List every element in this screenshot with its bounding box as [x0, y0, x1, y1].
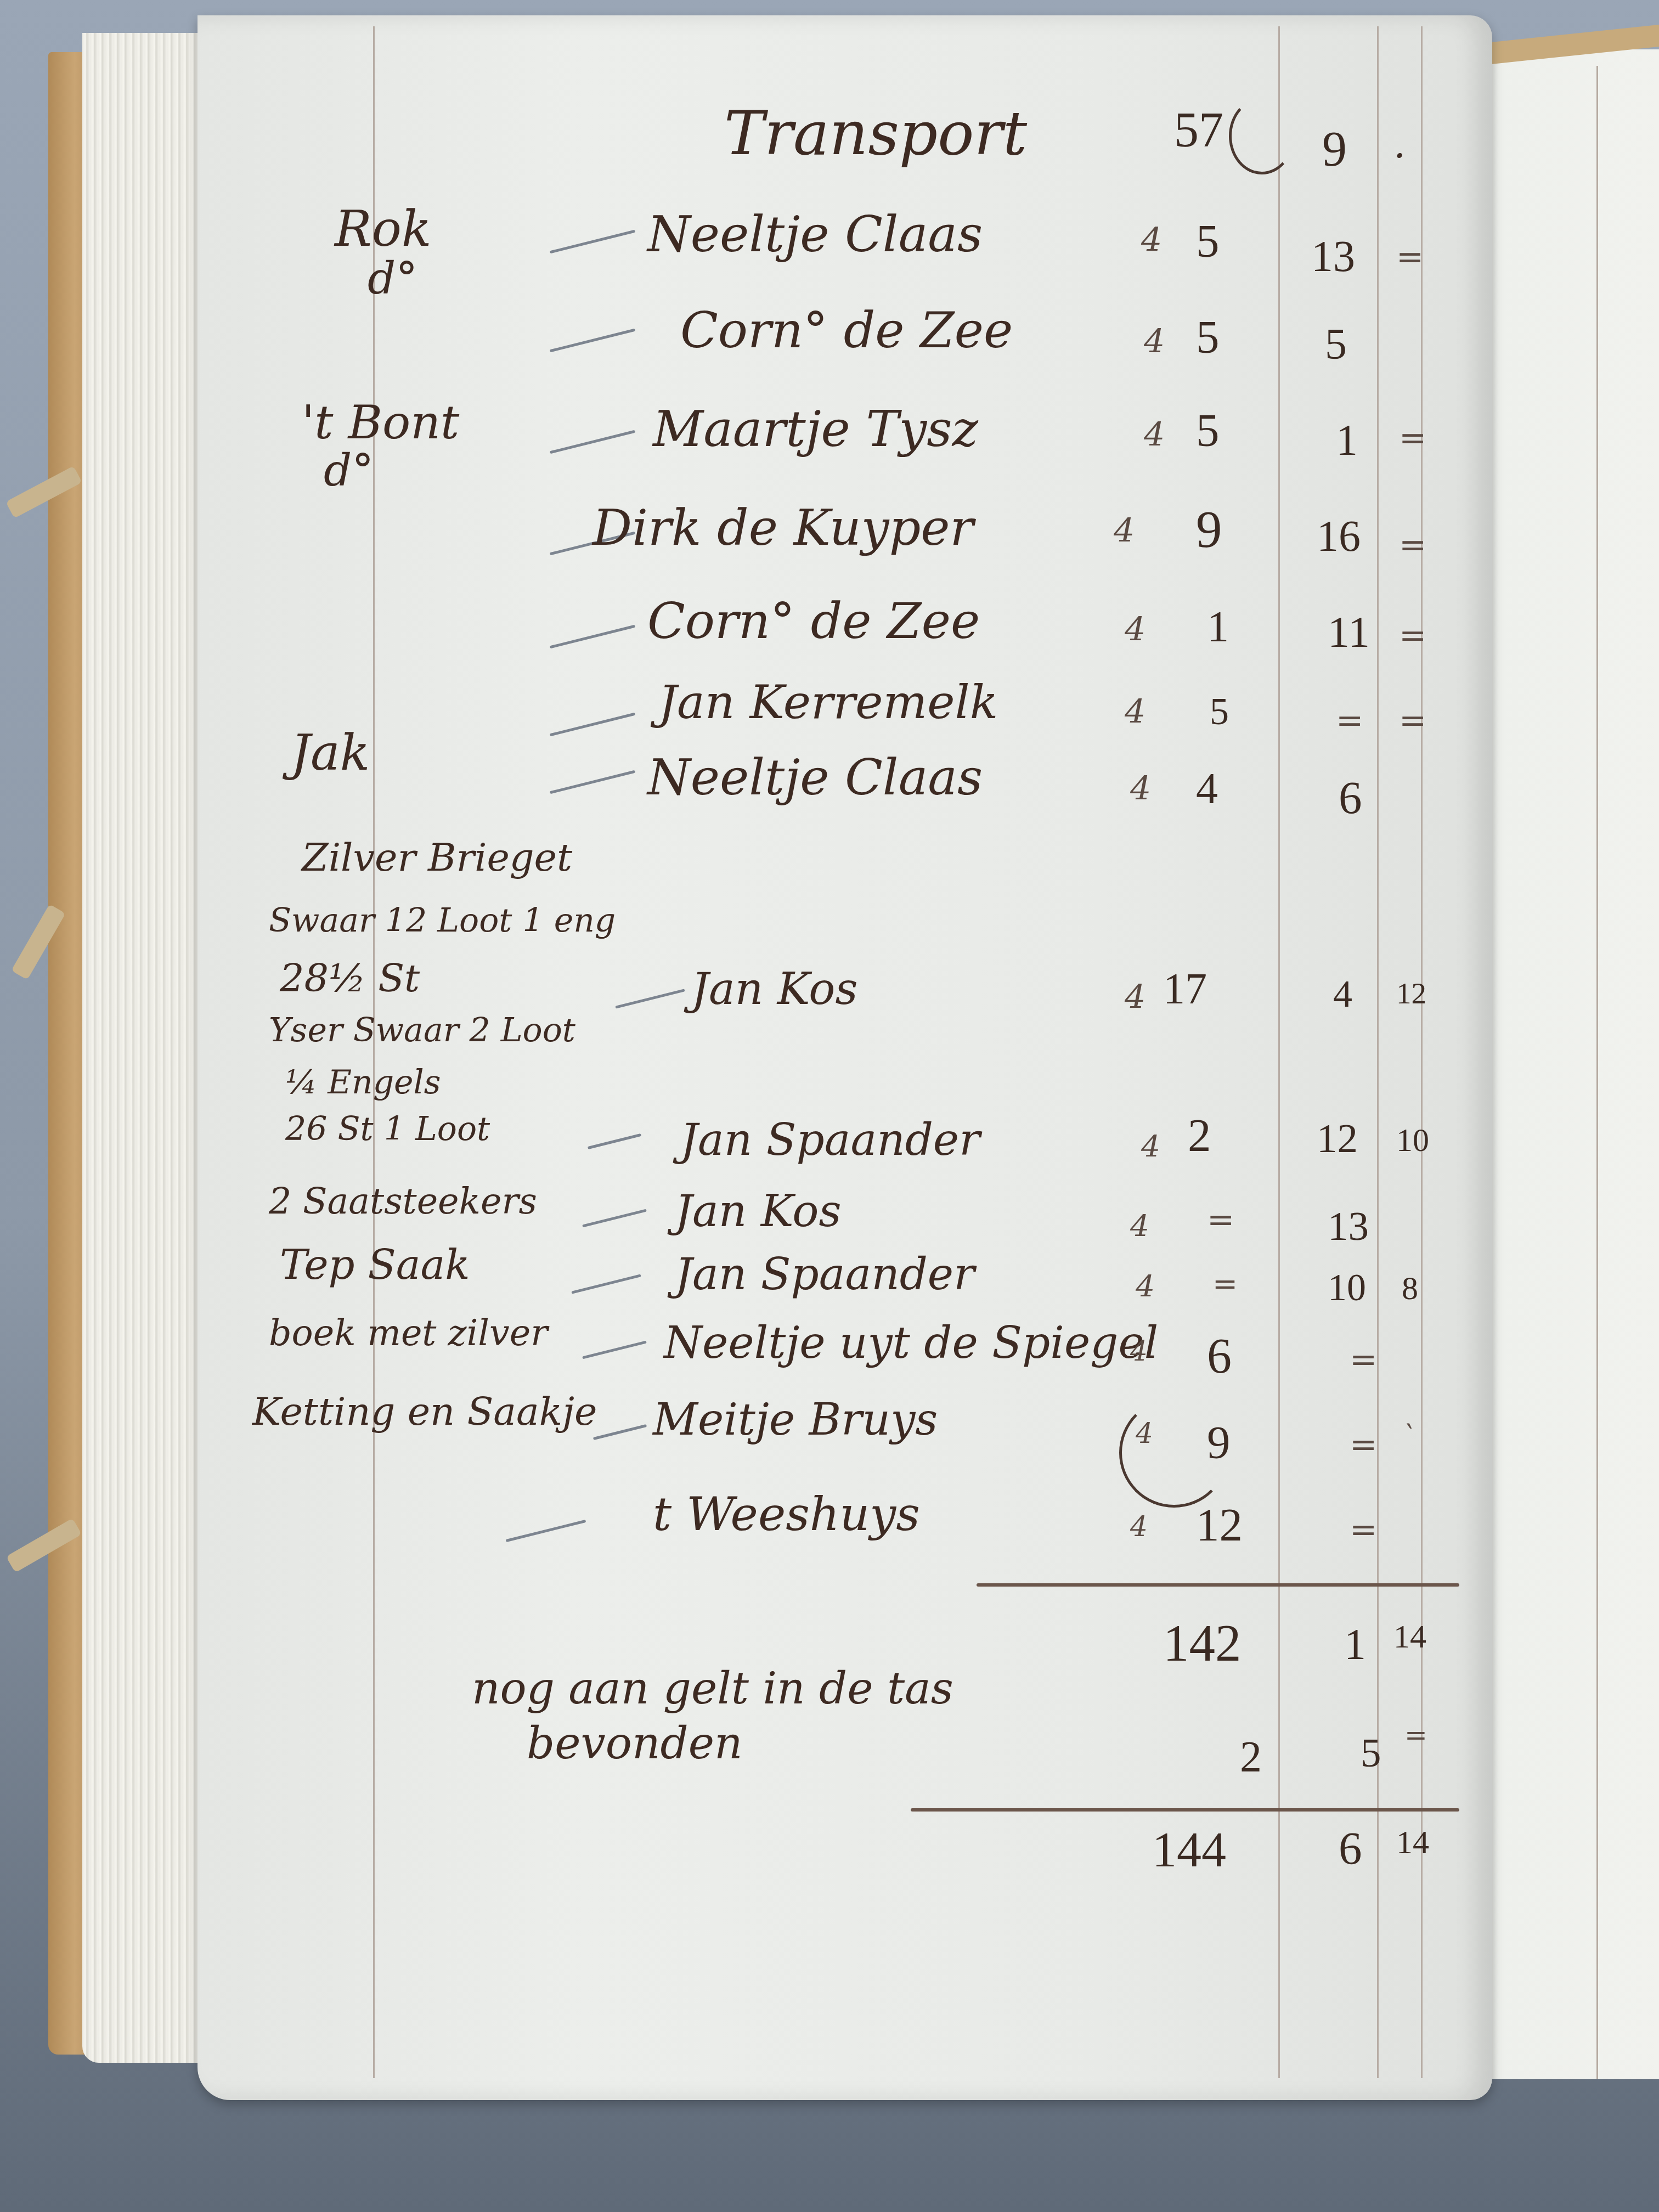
mark-cell: 4: [1136, 1272, 1155, 1302]
guilders-cell: =: [1212, 1269, 1238, 1299]
mark-cell: 4: [1125, 696, 1145, 729]
ledger-page: Transport 57 9 . Rok Neeltje Claas 4 5 1…: [198, 15, 1492, 2100]
ruling-line: [1596, 66, 1598, 2079]
pencil-tick: [615, 989, 685, 1008]
item-label: 't Bont: [302, 399, 459, 446]
mark-cell: 4: [1114, 515, 1135, 548]
penningen-cell: =: [1399, 619, 1426, 652]
item-desc-line: Ketting en Saakje: [252, 1392, 597, 1431]
guilders-cell: 17: [1163, 967, 1207, 1011]
mark-cell: 4: [1130, 1211, 1149, 1242]
subtotal-penningen: 14: [1393, 1620, 1426, 1653]
guilders-cell: 4: [1196, 767, 1218, 811]
item-desc-line: Zilver Brieget: [302, 838, 572, 877]
penningen-cell: 10: [1396, 1124, 1429, 1156]
mark-cell: 4: [1141, 224, 1162, 257]
name-cell: Jan Kos: [675, 1189, 842, 1233]
total-penningen: 14: [1396, 1826, 1429, 1859]
pencil-tick: [550, 625, 635, 649]
item-desc-line: ¼ Engels: [285, 1066, 441, 1099]
carried-guilders: 57: [1174, 106, 1223, 155]
name-cell: Neeltje uyt de Spiegel: [664, 1321, 1158, 1365]
subtotal-guilders: 142: [1163, 1617, 1242, 1669]
stuivers-cell: 12: [1317, 1118, 1358, 1159]
name-cell: Meitje Bruys: [653, 1398, 938, 1442]
item-desc-line: 2 Saatsteekers: [269, 1184, 537, 1220]
carried-penningen: .: [1393, 125, 1406, 163]
pencil-tick: [550, 770, 635, 794]
item-desc-line: 26 St 1 Loot: [285, 1113, 490, 1145]
stuivers-cell: 4: [1333, 975, 1352, 1014]
name-cell: Corn° de Zee: [680, 306, 1013, 356]
facing-page: [1476, 49, 1659, 2079]
pencil-tick: [550, 713, 635, 737]
stuivers-cell: 1: [1336, 419, 1358, 462]
penningen-cell: =: [1399, 704, 1426, 737]
column-rule-guilders: [1278, 26, 1280, 2078]
header-label: Transport: [724, 103, 1027, 163]
flourish-mark: [1229, 98, 1295, 174]
stuivers-cell: =: [1350, 1513, 1377, 1546]
found-penningen: =: [1404, 1722, 1427, 1749]
found-stuivers: 5: [1361, 1733, 1381, 1774]
guilders-cell: 1: [1207, 605, 1229, 649]
pencil-tick: [550, 430, 635, 454]
stuivers-cell: =: [1336, 704, 1363, 737]
mark-cell: 4: [1125, 613, 1145, 646]
penningen-cell: `: [1402, 1423, 1415, 1450]
name-cell: Neeltje Claas: [647, 753, 983, 803]
name-cell: Jan Kos: [691, 967, 858, 1011]
guilders-cell: 2: [1188, 1113, 1211, 1159]
stuivers-cell: 16: [1317, 515, 1361, 558]
mark-cell: 4: [1141, 1132, 1160, 1162]
stuivers-cell: 6: [1339, 775, 1362, 822]
mark-cell: 4: [1130, 1338, 1148, 1365]
penningen-cell: =: [1396, 240, 1424, 273]
guilders-cell: 5: [1196, 408, 1220, 454]
penningen-cell: =: [1399, 421, 1426, 454]
name-cell: Maartje Tysz: [653, 405, 978, 454]
stuivers-cell: =: [1350, 1428, 1377, 1461]
pencil-tick: [593, 1424, 647, 1440]
pencil-tick: [506, 1520, 586, 1542]
carried-stuivers: 9: [1322, 125, 1347, 174]
total-rule: [911, 1808, 1459, 1812]
name-cell: t Weeshuys: [653, 1491, 920, 1538]
ditto-mark: d°: [324, 449, 374, 493]
mark-cell: 4: [1144, 325, 1165, 358]
item-desc-line: Swaar 12 Loot 1 eng: [269, 904, 616, 937]
flourish-mark: [1119, 1398, 1229, 1508]
note-line: bevonden: [527, 1722, 743, 1765]
name-cell: Jan Kerremelk: [658, 679, 998, 726]
guilders-cell: 9: [1196, 504, 1222, 556]
guilders-cell: 6: [1207, 1332, 1232, 1381]
stuivers-cell: 13: [1328, 1206, 1369, 1247]
name-cell: Neeltje Claas: [647, 210, 983, 259]
stuivers-cell: 5: [1325, 323, 1347, 366]
subtotal-stuivers: 1: [1344, 1623, 1366, 1667]
item-desc-line: 28½ St: [280, 959, 420, 997]
name-cell: Jan Spaander: [675, 1252, 974, 1296]
item-desc-line: boek met zilver: [269, 1316, 548, 1351]
guilders-cell: =: [1207, 1203, 1234, 1236]
pencil-tick: [588, 1133, 641, 1149]
penningen-cell: =: [1399, 528, 1426, 561]
book-cover-top: [1476, 25, 1659, 66]
pencil-tick: [582, 1341, 647, 1359]
penningen-cell: 8: [1402, 1272, 1418, 1305]
total-stuivers: 6: [1339, 1826, 1362, 1872]
guilders-cell: 12: [1196, 1502, 1243, 1549]
name-cell: Dirk de Kuyper: [592, 504, 974, 553]
stuivers-cell: 11: [1328, 611, 1370, 654]
column-rule-penningen: [1421, 26, 1423, 2078]
total-guilders: 144: [1152, 1826, 1226, 1875]
mark-cell: 4: [1144, 419, 1165, 452]
pencil-tick: [571, 1274, 641, 1294]
guilders-cell: 5: [1210, 693, 1229, 731]
pencil-tick: [550, 329, 635, 353]
item-label: Rok: [335, 205, 431, 254]
stuivers-cell: =: [1350, 1343, 1377, 1376]
stuivers-cell: 13: [1311, 235, 1355, 279]
penningen-cell: 12: [1396, 978, 1426, 1008]
note-line: nog aan gelt in de tas: [472, 1667, 953, 1711]
pencil-tick: [582, 1209, 647, 1228]
margin-rule: [373, 26, 375, 2078]
item-desc-line: Tep Saak: [280, 1244, 470, 1285]
pencil-tick: [550, 230, 635, 254]
mark-cell: 4: [1130, 1513, 1148, 1541]
mark-cell: 4: [1130, 772, 1151, 805]
name-cell: Jan Spaander: [680, 1118, 980, 1162]
stuivers-cell: 10: [1328, 1269, 1366, 1307]
item-desc-line: Yser Swaar 2 Loot: [269, 1014, 575, 1047]
ditto-mark: d°: [368, 257, 417, 301]
guilders-cell: 5: [1196, 218, 1220, 265]
guilders-cell: 5: [1196, 314, 1220, 361]
mark-cell: 4: [1125, 981, 1145, 1014]
found-guilders: 2: [1240, 1735, 1262, 1779]
item-label: Jak: [291, 729, 370, 778]
subtotal-rule: [977, 1583, 1459, 1587]
name-cell: Corn° de Zee: [647, 597, 980, 646]
